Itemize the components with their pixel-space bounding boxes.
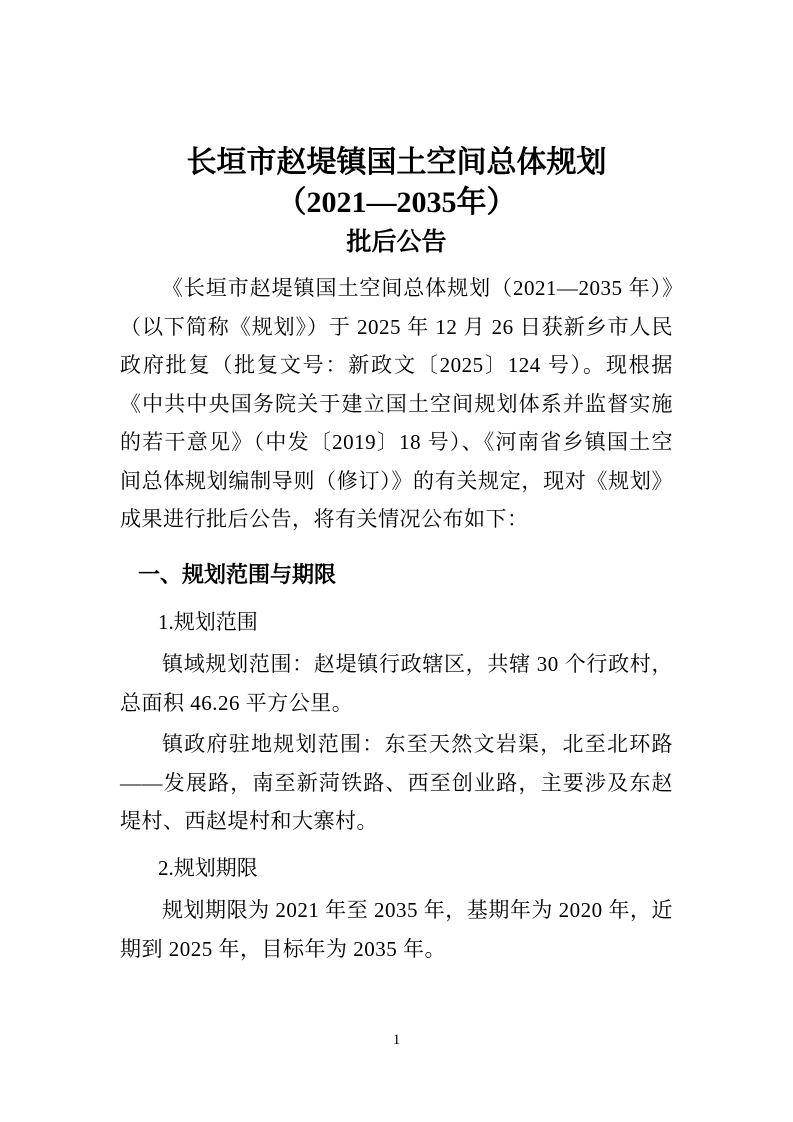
doc-title-line-1: 长垣市赵堤镇国土空间总体规划 [120,143,673,183]
doc-title-line-3: 批后公告 [120,223,673,263]
paragraph-planning-period: 规划期限为 2021 年至 2035 年，基期年为 2020 年，近期到 202… [120,891,673,968]
section-heading-scope-and-period: 一、规划范围与期限 [120,555,673,595]
document-page: 长垣市赵堤镇国土空间总体规划 （2021—2035年） 批后公告 《长垣市赵堤镇… [0,0,793,1122]
sub-heading-planning-scope: 1.规划范围 [120,603,673,642]
intro-paragraph: 《长垣市赵堤镇国土空间总体规划（2021—2035 年）》（以下简称《规划》）于… [120,269,673,539]
paragraph-government-seat-scope: 镇政府驻地规划范围：东至天然文岩渠，北至北环路——发展路，南至新菏铁路、西至创业… [120,725,673,841]
paragraph-town-scope: 镇域规划范围：赵堤镇行政辖区，共辖 30 个行政村，总面积 46.26 平方公里… [120,645,673,722]
document-content: 长垣市赵堤镇国土空间总体规划 （2021—2035年） 批后公告 《长垣市赵堤镇… [120,143,673,968]
sub-heading-planning-period: 2.规划期限 [120,849,673,888]
doc-title-line-2: （2021—2035年） [120,183,673,223]
page-number: 1 [0,1030,793,1050]
